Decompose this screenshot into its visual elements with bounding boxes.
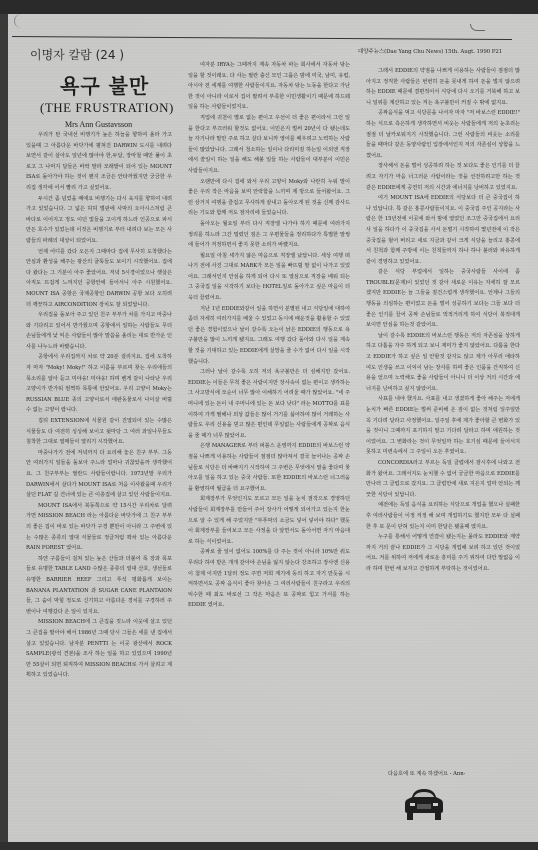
publication-masthead: 대양주뉴스(Dae Yang Chu News) 15th. Augt. 199… — [358, 47, 528, 55]
article-byline: Mrs Ann Gustavsson — [65, 120, 132, 129]
paragraph: 월요일 아침 세가지 앓은 마음으로 직장엘 났답니다. 세상 여행 떠나기 전… — [188, 251, 350, 304]
paragraph: 돌아오는 월요일 부터 다시 직장엘 나가야 하기 때문에 여러가지 정리를 하… — [188, 219, 350, 251]
car-icon — [402, 783, 446, 823]
article-headline: 욕구 불만 — [60, 70, 149, 99]
paragraph: 같은 식당 부업에서 일하는 중국사람들 사이에 좀 TROUBLE(문제)이 … — [366, 267, 520, 331]
paragraph: 여자분 IRYA는 그때까지 계속 자동차 파는 회사에서 자동차 닦는 일을 … — [188, 60, 350, 113]
paragraph: 직업에 귀천이 별로 없는 편이고 우선이 더 좋은 편이라서 그런 일을 한다… — [188, 113, 350, 177]
paragraph: 누구를 통해서 어떻게 연결이 됐는지는 몰라도 EDDIE와 계약까지 거의 … — [366, 532, 520, 574]
paragraph: 오랜만에 다시 집에 와서 우리 고양이 Moky와 나란히 누워 말이 좋은 … — [188, 177, 350, 219]
paragraph: 공항에서 우리집까지 차로 약 20분 걸리지요. 집에 도착하자 마자 "Mo… — [26, 352, 172, 416]
article-column-middle: 여자분 IRYA는 그때까지 계속 자동차 파는 회사에서 자동차 닦는 일을 … — [188, 60, 350, 611]
paragraph: 언제 어디를 갔다 오든지 그때마다 집에 무사히 도착했다는 안심과 환성을 … — [26, 247, 172, 311]
paragraph: 두시간 좀 넘었을 때에요 비행기는 다시 육지를 향하여 내려가고 있었습니다… — [26, 194, 172, 247]
paragraph: 예전에는 독일 음식을 요리하는 식당으로 개업을 했으나 실패한 후 여러사람… — [366, 500, 520, 532]
paragraph: 우리집을 돌보아 주고 있던 친구 부부가 차를 가지고 마중나와 기다리고 있… — [26, 310, 172, 352]
paragraph: MISSION BEACH에 그 큰집을 짓느라 이웃에 살고 있던 그 큰집을… — [26, 617, 172, 681]
paragraph: 지난 1년 EDDIE와같이 일을 하면서 분별된 내고 식당일에 대하여 좀더… — [188, 304, 350, 368]
paragraph: 장사해서 돈을 벌어 성공하려 하는 것 보다도 좋은 인기를 더 끌려고 자기… — [366, 161, 520, 193]
article-subheadline: (THE FRUSTRATION) — [40, 100, 174, 116]
paragraph: 마중나가기 전에 저녁까지 다 요리해 놓은 친구 부부. 그동안 여러가지 일… — [26, 448, 172, 501]
paragraph: 집뒤 EXTENSION에 식물원 같이 진열되어 있는 수많은 식물들도 다 … — [26, 416, 172, 448]
paragraph: 그래서 EDDIE의 약점을 나쁘게 이용하는 사람들이 점점더 많아지고 정직… — [366, 66, 520, 108]
paragraph: 공짜음식을 먹고 식당문을 나서자 마자 "저 바보스런 EDDIE!" 하는 … — [366, 108, 520, 161]
paragraph: 사표를 내야 했지요. 사표를 내고 생겼하게 좋아 해주는 저에게 눈치가 빠… — [366, 394, 520, 458]
paragraph: 우리가 탄 국내선 비행기가 높은 하늘을 향하여 올라 가고 있을때 그 아름… — [26, 130, 172, 194]
paragraph: MOUNT ISA에서 북동쪽으로 약 15시간 우리차로 달려 가면 MISS… — [26, 501, 172, 554]
paragraph: 공짜로 줄 일이 없어도 100%를 다 주는 것이 아니라 10%만 줘도 무… — [188, 547, 350, 611]
paragraph: 날이 갈수록 EDDIE의 바보스런 행동은 저의 자존심을 상하게 하고 다툼… — [366, 331, 520, 395]
paragraph: CONCORDIA라고 부르는 독일 클럽에서 잠시후에 나와고 전화가 왔어요… — [366, 458, 520, 500]
page-bottom-shadow — [0, 842, 538, 850]
page-binding-shadow — [0, 14, 8, 850]
paragraph: 은행 MANAGER로 부터 퍼블스 운영까지 EDDIE의 바보스런 약점을 … — [188, 441, 350, 494]
paragraph: 그러나 날이 갈수록 오히 저의 욕구불만은 더 심해지만 갔어요. EDDIE… — [188, 367, 350, 441]
column-kicker: 이명자 칼람 (24 ) — [30, 46, 124, 63]
paragraph: 여기 MOUNT ISA에 EDDIE의 식당보다 더 큰 중국집이 하나 있답… — [366, 193, 520, 267]
pen-mark — [14, 14, 29, 28]
article-column-right: 그래서 EDDIE의 약점을 나쁘게 이용하는 사람들이 점점더 많아지고 정직… — [366, 66, 520, 575]
paragraph: 하얀 구름들이 걸쳐 있는 높은 산들과 더불어 폭 장과 폭포들로 유명한 T… — [26, 554, 172, 618]
article-column-left: 우리가 탄 국내선 비행기가 높은 하늘을 향하여 올라 가고 있을때 그 아름… — [26, 130, 172, 681]
paragraph: 회계장부가 무엇인지도 모르고 모든 일을 눈치 점작으로 경영하던 사람들이 … — [188, 494, 350, 547]
article-signoff: 다음호에 또 계속 하겠어요 - Ann- — [388, 770, 465, 777]
